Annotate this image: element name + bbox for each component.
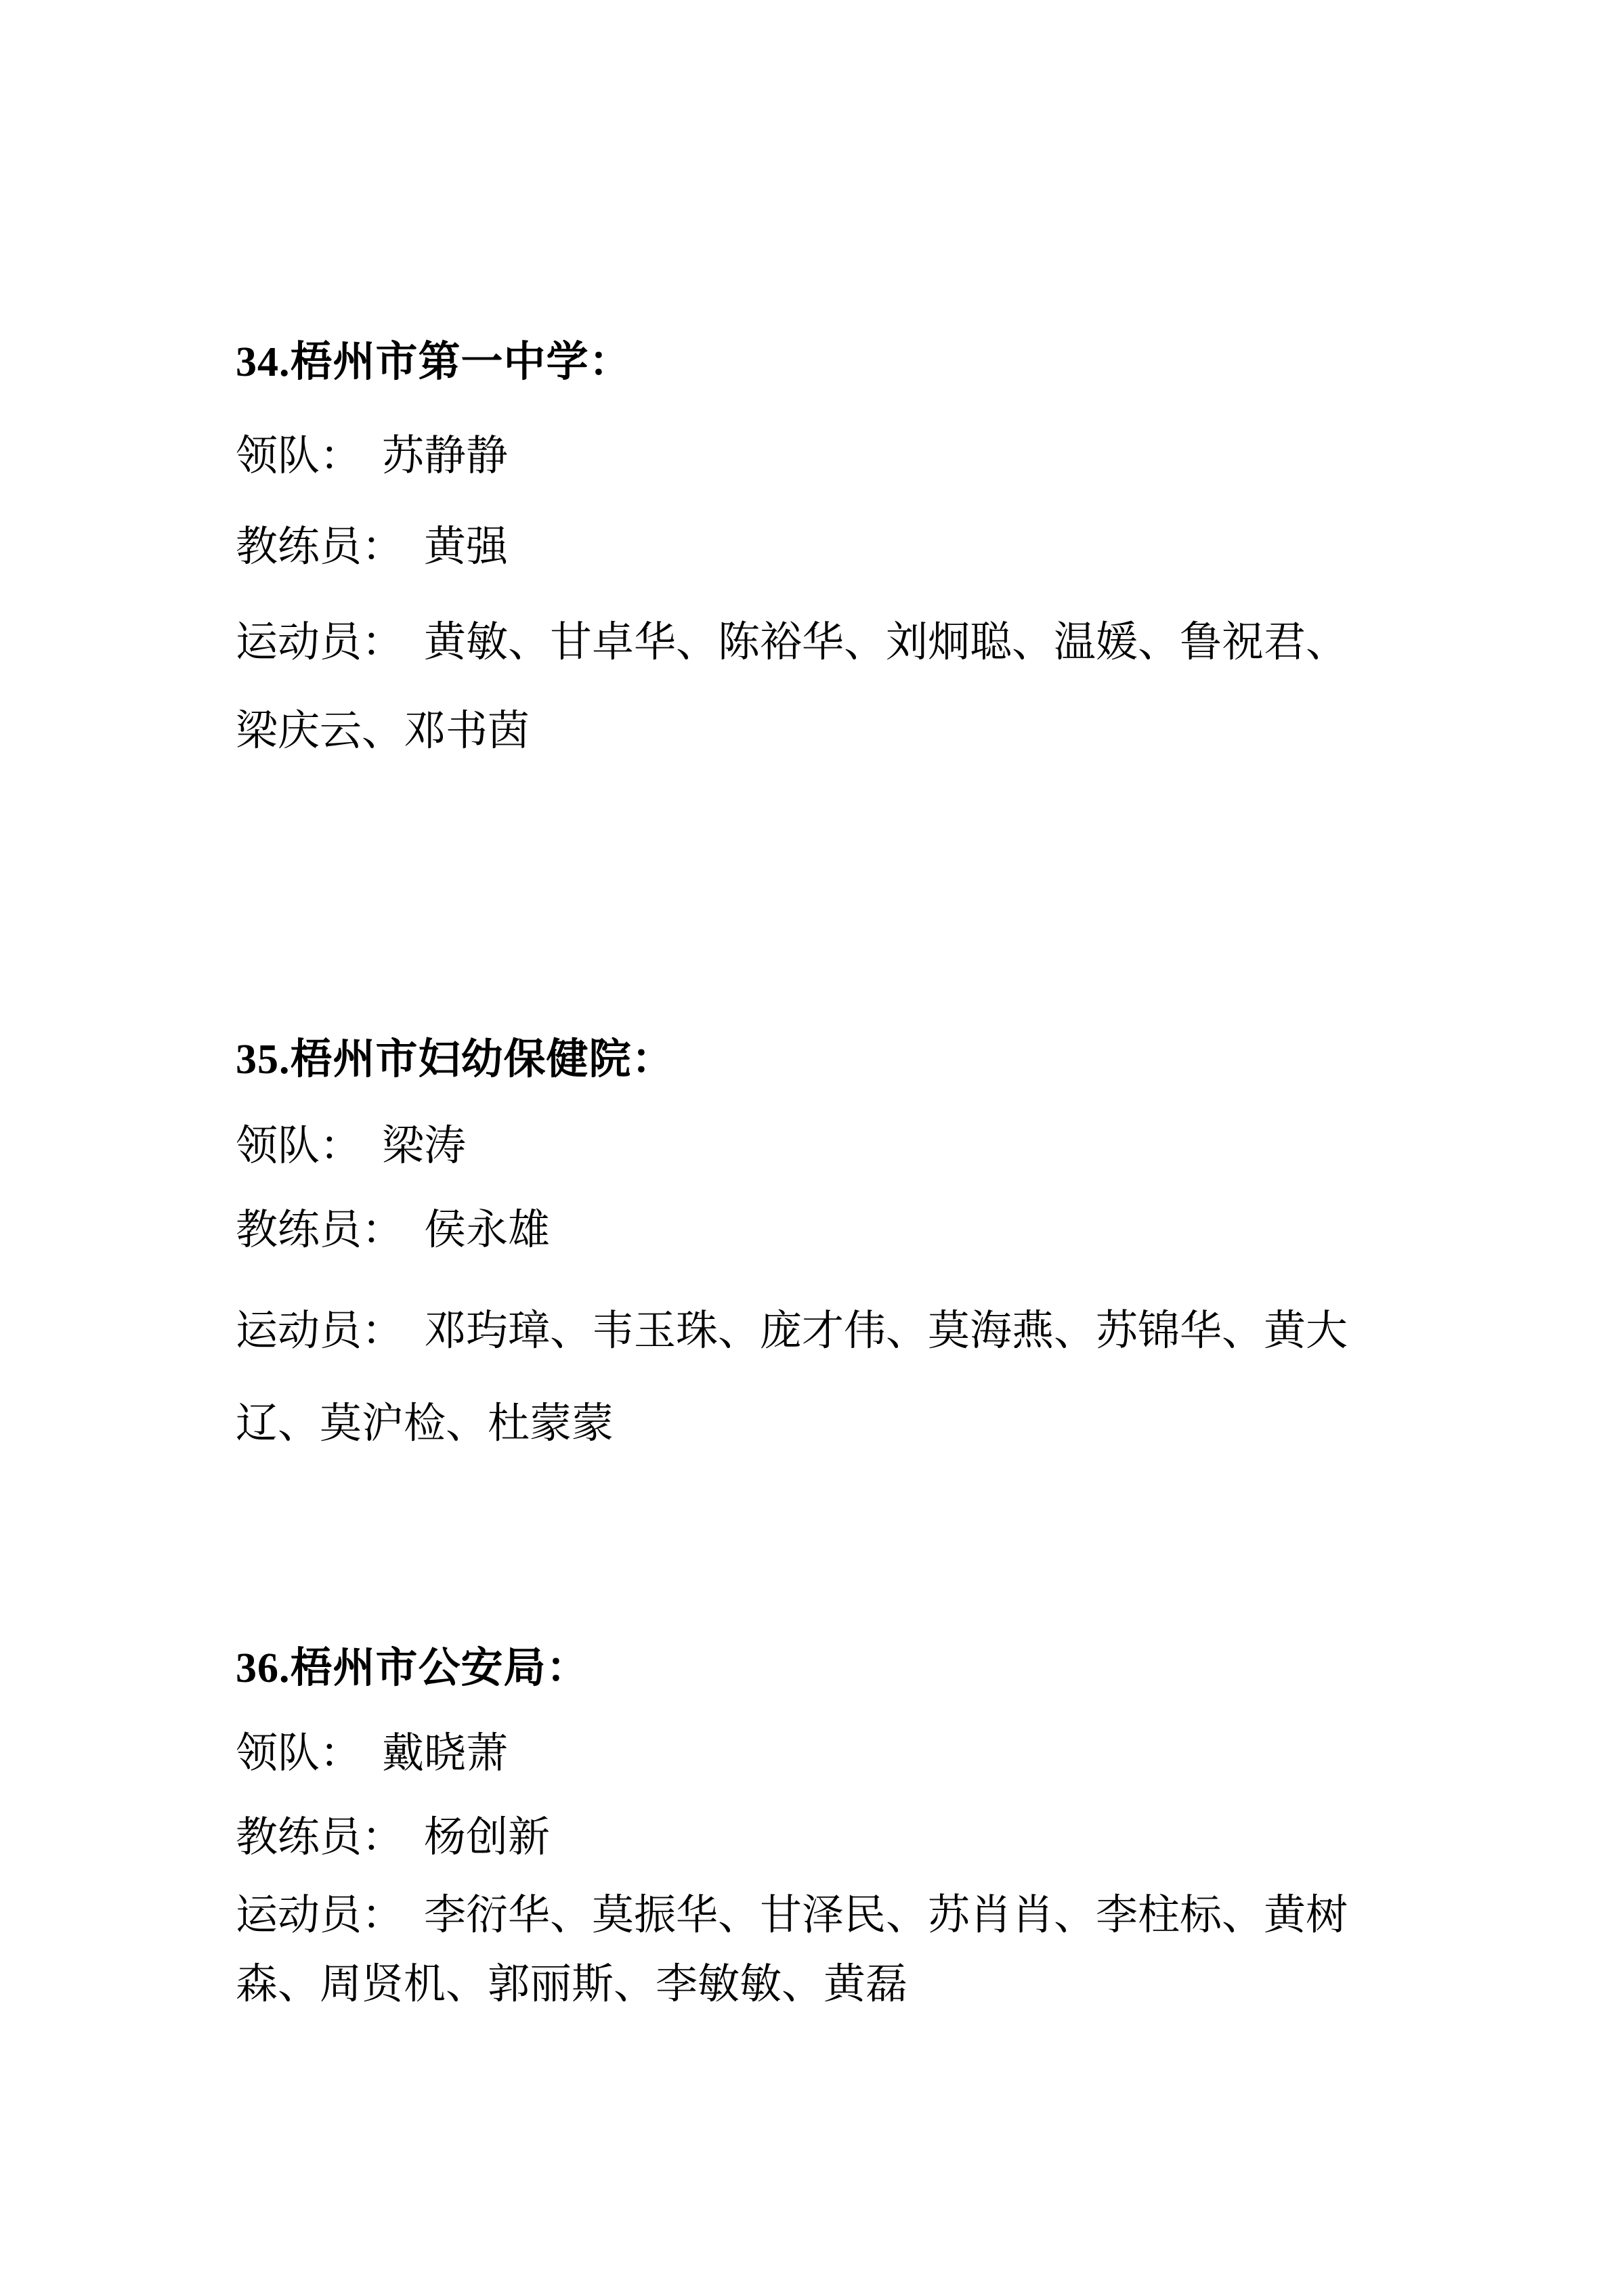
coach-line: 教练员：侯永雄: [236, 1209, 1380, 1252]
field-value: 苏静静: [382, 433, 508, 479]
field-value: 杨创新: [424, 1815, 550, 1861]
field-value: 梁涛: [382, 1123, 466, 1169]
field-label: 教练员：: [236, 524, 404, 570]
leader-line: 领队：苏静静: [236, 435, 1380, 478]
field-label: 运动员：: [236, 1308, 404, 1354]
field-label: 领队：: [236, 1123, 362, 1169]
field-label: 教练员：: [236, 1207, 404, 1253]
document-page: 34.梧州市第一中学： 领队：苏静静 教练员：黄强 运动员：黄敏、甘卓华、陈裕华…: [0, 0, 1624, 2296]
section-heading: 34.梧州市第一中学：: [236, 341, 1380, 384]
athletes-line: 运动员：黄敏、甘卓华、陈裕华、刘炯聪、温媛、鲁祝君、梁庆云、邓书茵: [236, 599, 1380, 776]
field-label: 领队：: [236, 1731, 362, 1777]
field-value: 黄强: [424, 524, 508, 570]
field-value: 戴晓萧: [382, 1731, 508, 1777]
leader-line: 领队：戴晓萧: [236, 1732, 1380, 1775]
field-label: 运动员：: [236, 1892, 404, 1938]
athletes-line: 运动员：李衍华、莫振华、甘泽民、苏肖肖、李柱标、黄树森、周贤机、郭丽斯、李敏敏、…: [236, 1881, 1380, 2019]
field-label: 领队：: [236, 433, 362, 479]
team-section-36: 36.梧州市公安局： 领队：戴晓萧 教练员：杨创新 运动员：李衍华、莫振华、甘泽…: [236, 1647, 1380, 2019]
field-label: 教练员：: [236, 1815, 404, 1861]
team-section-35: 35.梧州市妇幼保健院： 领队：梁涛 教练员：侯永雄 运动员：邓玙璋、韦玉珠、庞…: [236, 1038, 1380, 1471]
section-heading: 36.梧州市公安局：: [236, 1647, 1380, 1690]
athletes-line: 运动员：邓玙璋、韦玉珠、庞才伟、莫海燕、苏锦华、黄大辽、莫沪检、杜蒙蒙: [236, 1285, 1380, 1471]
coach-line: 教练员：黄强: [236, 525, 1380, 569]
field-value: 侯永雄: [424, 1207, 550, 1253]
leader-line: 领队：梁涛: [236, 1125, 1380, 1168]
team-section-34: 34.梧州市第一中学： 领队：苏静静 教练员：黄强 运动员：黄敏、甘卓华、陈裕华…: [236, 341, 1380, 776]
field-label: 运动员：: [236, 620, 404, 666]
section-heading: 35.梧州市妇幼保健院：: [236, 1038, 1380, 1081]
coach-line: 教练员：杨创新: [236, 1816, 1380, 1859]
